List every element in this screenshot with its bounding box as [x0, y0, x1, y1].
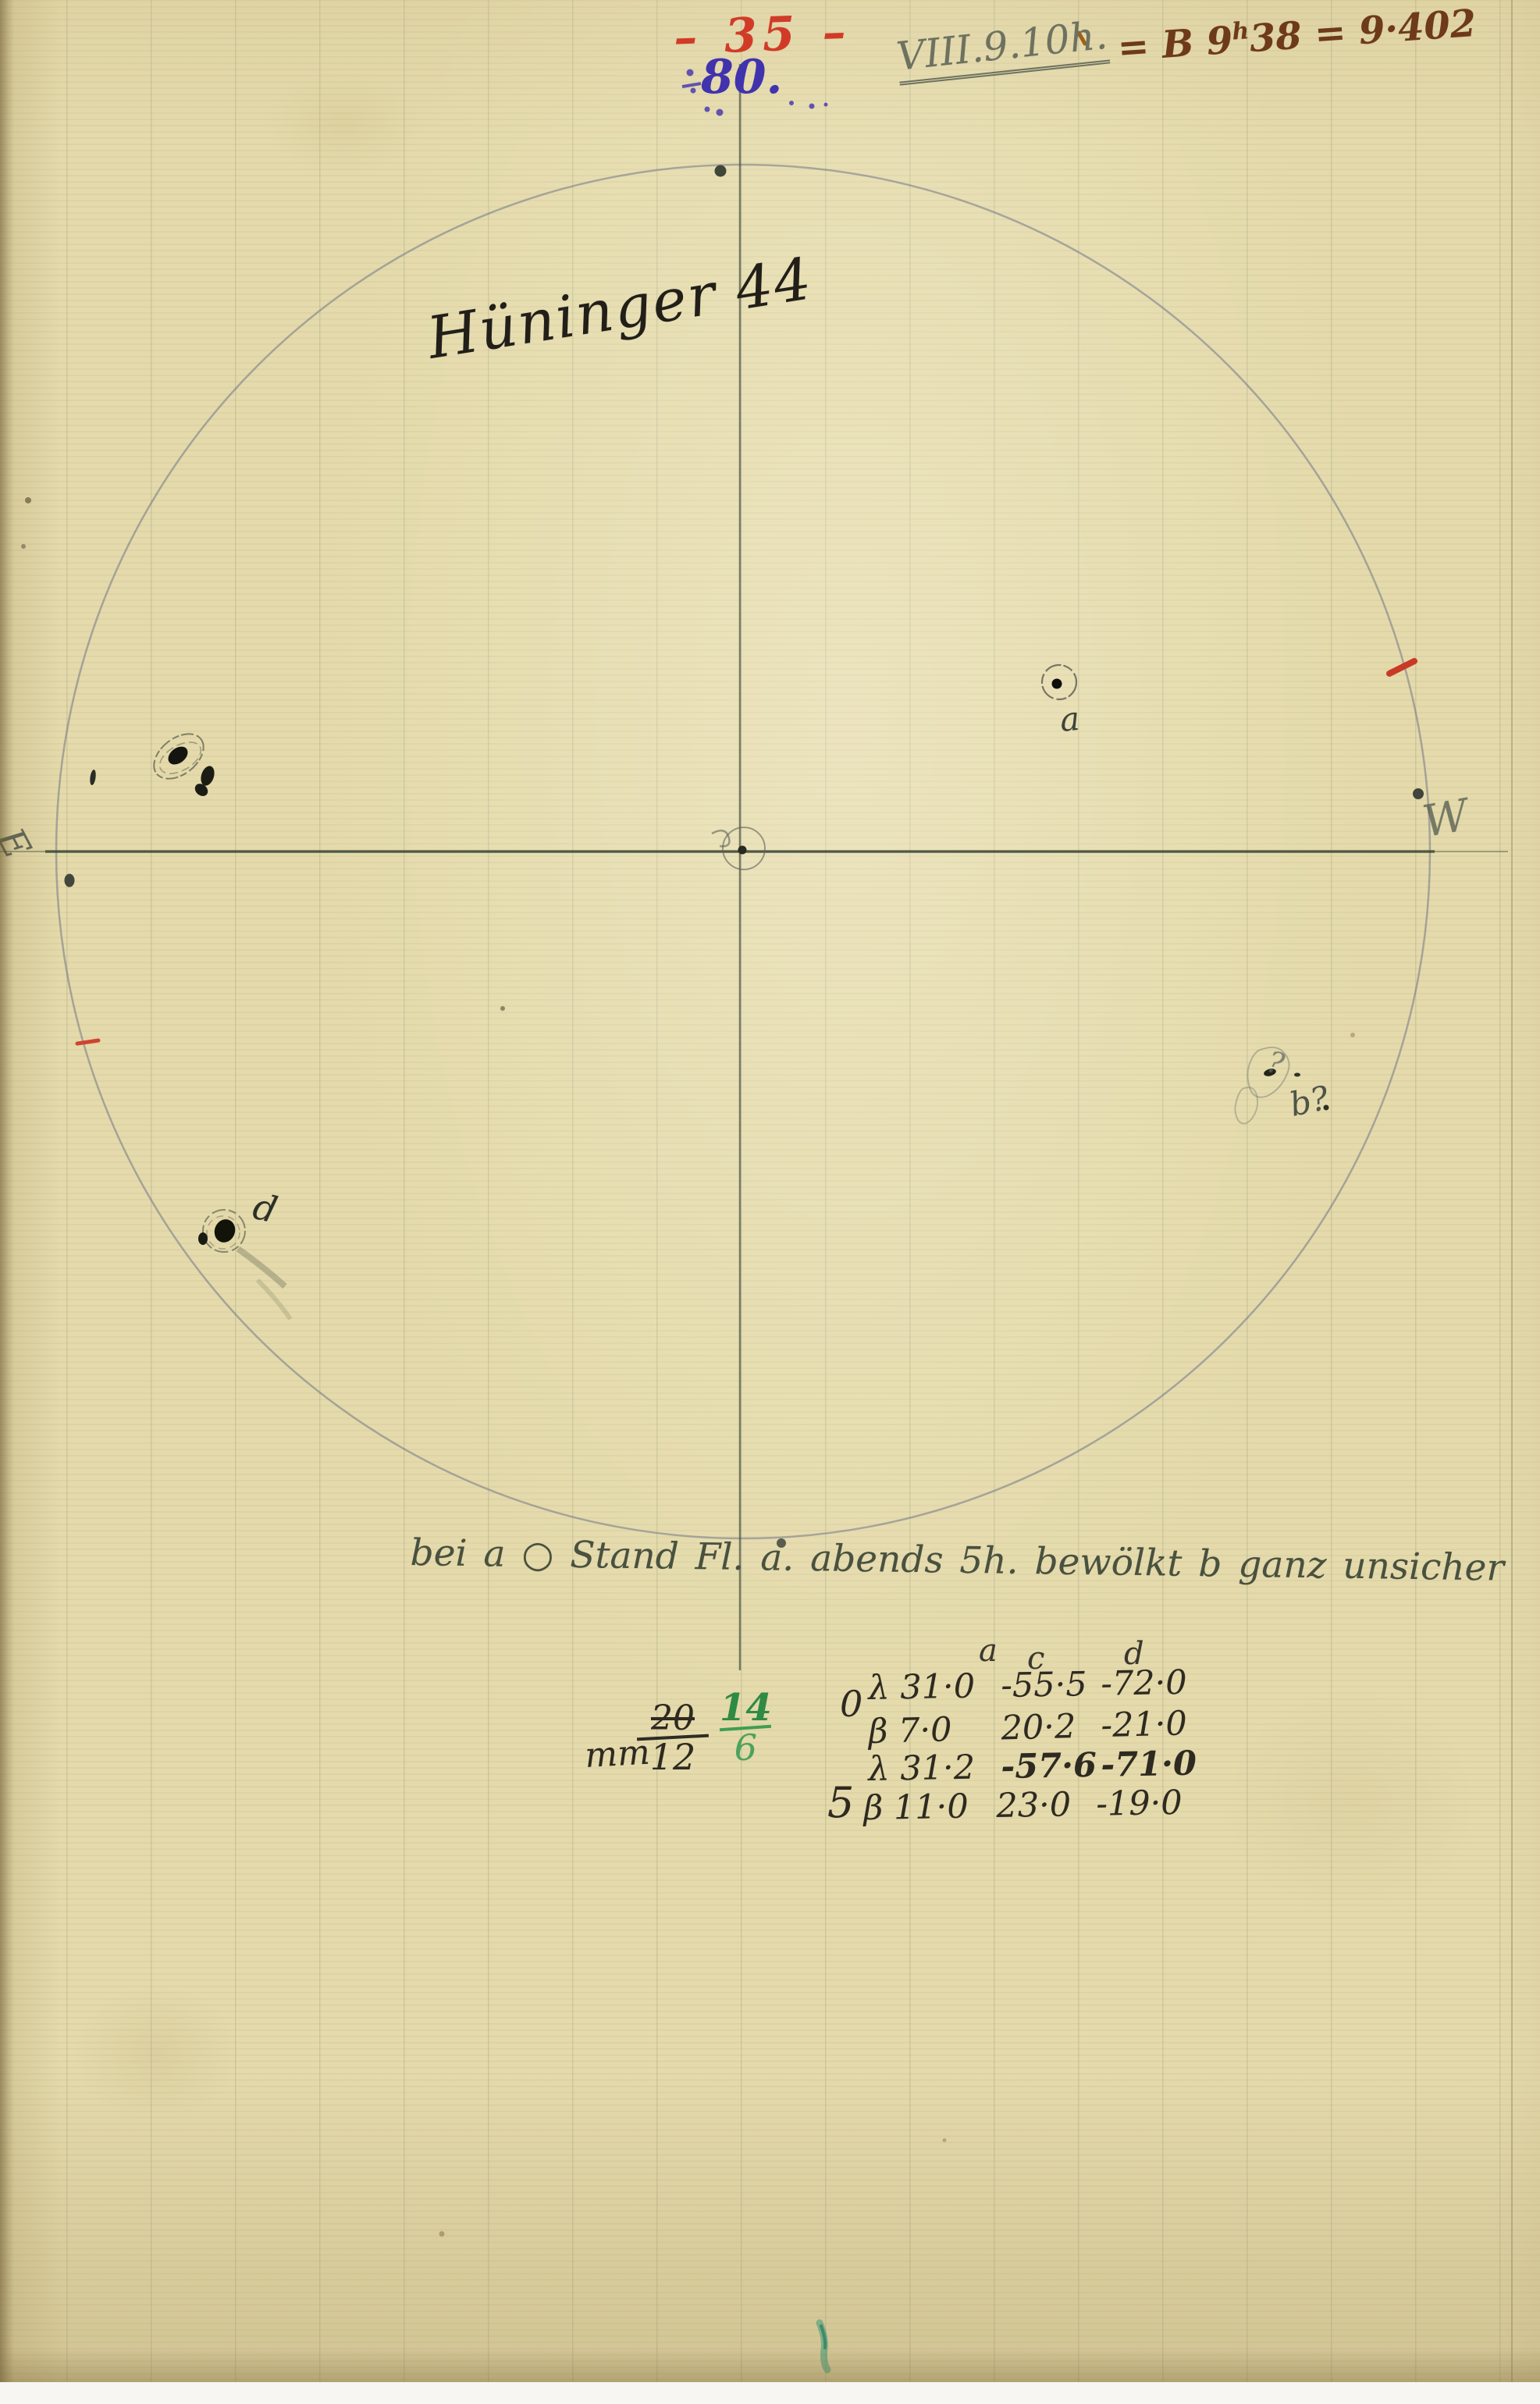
time-equation-pre: = B 9: [1116, 19, 1234, 70]
spot-a: [1042, 665, 1076, 699]
cell-c: -57·6: [1001, 1746, 1101, 1787]
cell-c: 23·0: [996, 1785, 1097, 1826]
spot-label-a: a: [1058, 699, 1081, 739]
cell-d: -19·0: [1096, 1783, 1198, 1824]
disk-center-mark: [712, 827, 765, 869]
time-equation-sup: h: [1231, 17, 1250, 45]
fraction-old-denominator: 12: [650, 1739, 696, 1775]
spot-group-southeast: [198, 1210, 290, 1319]
scan-background-strip: [0, 2382, 1540, 2404]
paper-stain: [1218, 1686, 1483, 1920]
fraction-new-denominator: 6: [734, 1730, 757, 1766]
table-marker-0: 0: [840, 1683, 862, 1725]
table-row: λ 31·2 -57·6 -71·0: [868, 1744, 1203, 1789]
red-tick-west: [1389, 661, 1414, 674]
fraction-new: 14 6: [720, 1689, 772, 1766]
limb-dot-top: [715, 165, 727, 177]
cell-c: 20·2: [1001, 1706, 1101, 1748]
spot-group-east: [89, 725, 216, 798]
paper-specks: [21, 33, 1355, 2237]
paper-fold-line: [1511, 0, 1513, 2382]
label-west: W: [1419, 790, 1472, 848]
paper-edge-bottom-shadow: [0, 2348, 1540, 2385]
paper-edge-left: [0, 0, 14, 2404]
spot-label-b-query: b?: [1286, 1079, 1332, 1124]
cell-d: -72·0: [1101, 1663, 1203, 1704]
table-marker-5: 5: [827, 1778, 854, 1827]
page-number-blue: 80.: [701, 50, 782, 105]
table-row: β 11·0 23·0 -19·0: [863, 1783, 1198, 1828]
cell-d: -21·0: [1101, 1704, 1203, 1745]
table-header-a: a: [979, 1633, 998, 1669]
cell-coord: β 7·0: [868, 1709, 1001, 1751]
cell-coord: λ 31·2: [868, 1748, 1001, 1789]
fraction-old-numerator: 20: [651, 1702, 695, 1736]
paper-stain: [70, 1983, 242, 2123]
cell-c: -55·5: [1001, 1665, 1101, 1705]
red-tick-east: [77, 1040, 98, 1044]
fraction-old: 20 12: [637, 1702, 709, 1775]
cell-coord: λ 31·0: [868, 1666, 1001, 1708]
limb-blob-east: [65, 874, 75, 887]
sunspot-observation-sheet: – 35 – 80. VIII.9.10h. = B 9h38 = 9·402 …: [0, 0, 1540, 2404]
table-row: λ 31·0 -55·5 -72·0: [868, 1663, 1203, 1708]
fraction-new-numerator: 14: [720, 1689, 772, 1727]
cell-coord: β 11·0: [863, 1787, 997, 1828]
cell-d: -71·0: [1101, 1744, 1203, 1785]
paper-stain: [265, 70, 421, 180]
